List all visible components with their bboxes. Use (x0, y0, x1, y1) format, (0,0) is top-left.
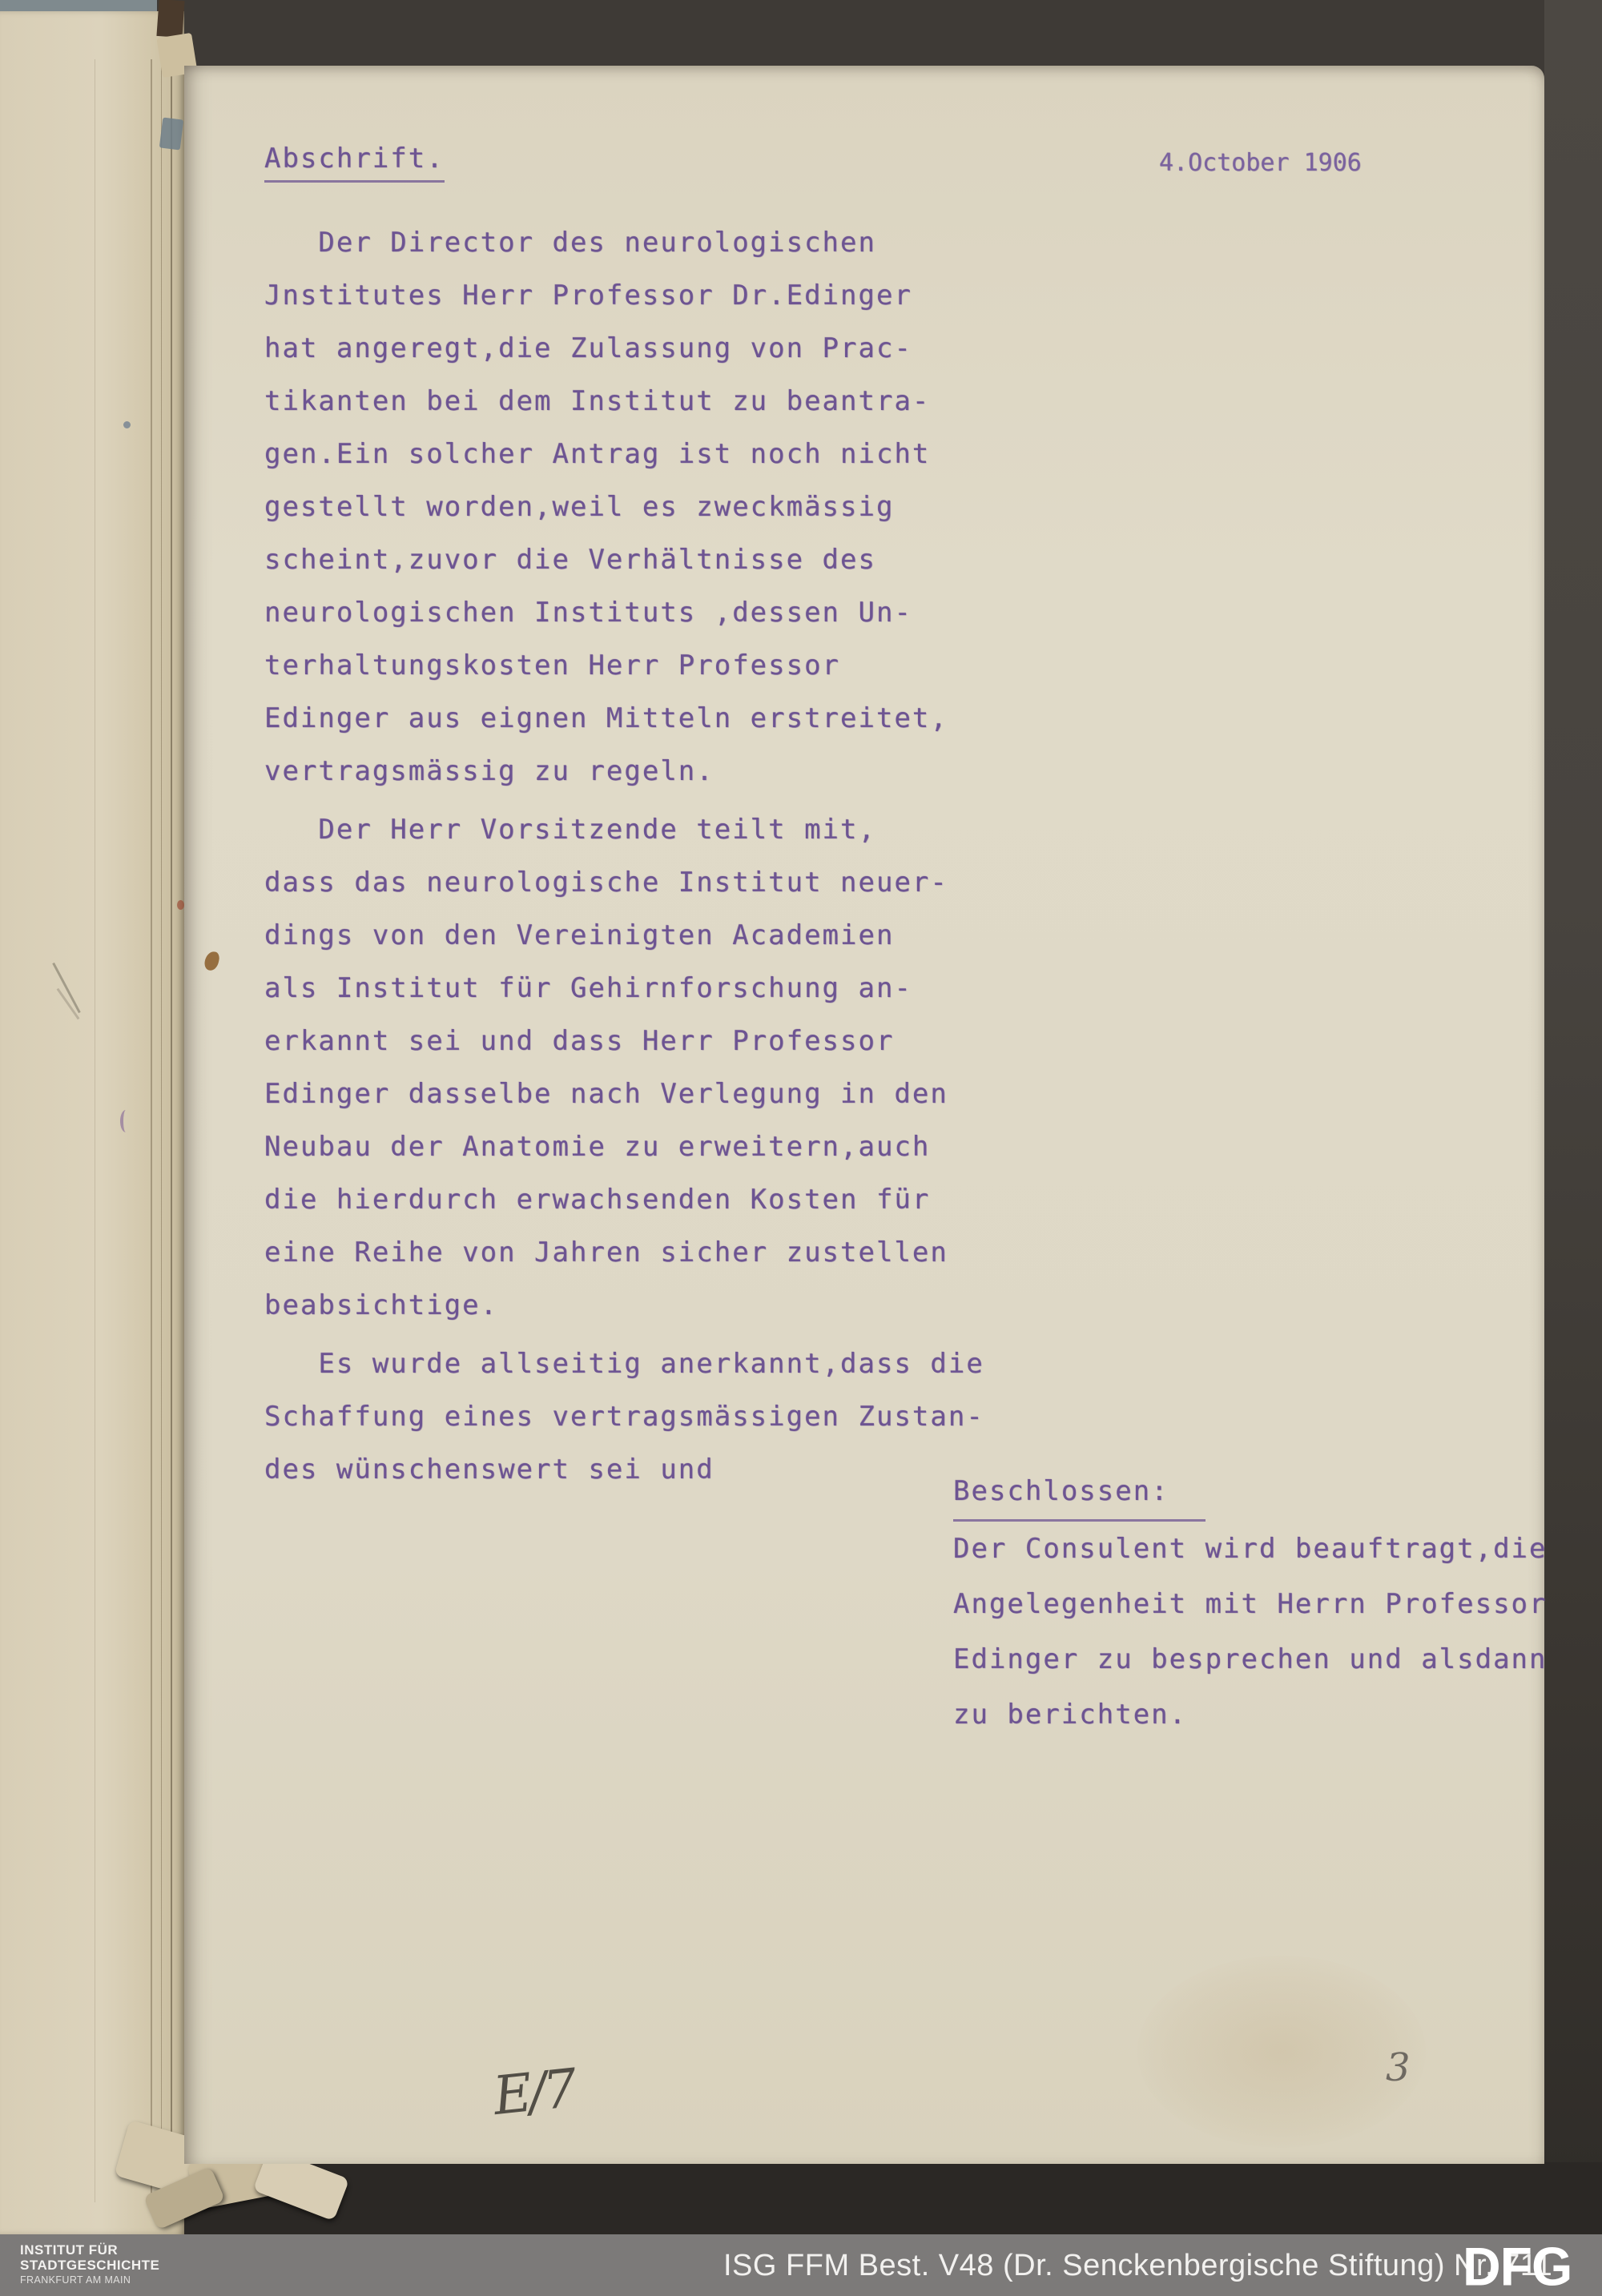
resolution-heading: Beschlossen: (953, 1464, 1206, 1522)
document-heading: Abschrift. (264, 143, 445, 183)
typewritten-line: eine Reihe von Jahren sicher zustellen (264, 1226, 984, 1279)
paper-stain-spot (203, 950, 221, 971)
typewritten-line: Der Director des neurologischen (264, 216, 984, 269)
typewritten-body: Der Director des neurologischenJnstitute… (264, 216, 984, 1496)
typewritten-line: gestellt worden,weil es zweckmässig (264, 481, 984, 533)
typewritten-line: beabsichtige. (264, 1279, 984, 1332)
typewritten-line: dass das neurologische Institut neuer- (264, 856, 984, 909)
typewritten-line: gen.Ein solcher Antrag ist noch nicht (264, 428, 984, 481)
typewritten-line: vertragsmässig zu regeln. (264, 745, 984, 798)
scanner-top-sliver (0, 0, 157, 12)
typewritten-line: erkannt sei und dass Herr Professor (264, 1015, 984, 1068)
institute-line1: INSTITUT FÜR (20, 2242, 159, 2258)
page-crease-line (161, 59, 162, 2202)
typewritten-line: Der Consulent wird beauftragt,die (953, 1522, 1548, 1577)
red-ink-speck (177, 900, 184, 910)
typewritten-line: dings von den Vereinigten Academien (264, 909, 984, 962)
archive-citation: ISG FFM Best. V48 (Dr. Senckenbergische … (723, 2249, 1552, 2283)
typewritten-line: Schaffung eines vertragsmässigen Zustan- (264, 1390, 984, 1443)
scanned-archive-image: Abschrift. 4.October 1906 Der Director d… (0, 0, 1602, 2296)
binding-fragment (159, 118, 183, 151)
typewritten-line: Neubau der Anatomie zu erweitern,auch (264, 1120, 984, 1173)
institute-label: INSTITUT FÜR STADTGESCHICHTE FRANKFURT A… (20, 2242, 159, 2286)
typewritten-line: hat angeregt,die Zulassung von Prac- (264, 322, 984, 375)
typewritten-line: Der Herr Vorsitzende teilt mit, (264, 803, 984, 856)
typewritten-line: als Institut für Gehirnforschung an- (264, 962, 984, 1015)
scanner-background-right (1544, 0, 1602, 2234)
institute-line3: FRANKFURT AM MAIN (20, 2274, 159, 2286)
archive-footer-bar: INSTITUT FÜR STADTGESCHICHTE FRANKFURT A… (0, 2234, 1602, 2296)
page-crease-line (95, 59, 95, 2202)
typewritten-line: Edinger zu besprechen und alsdann (953, 1632, 1548, 1687)
pencil-scribble (52, 963, 81, 1013)
typewritten-line: tikanten bei dem Institut zu beantra- (264, 375, 984, 428)
typewritten-line: zu berichten. (953, 1687, 1548, 1743)
typewritten-line: Edinger aus eignen Mitteln erstreitet, (264, 692, 984, 745)
institute-line2: STADTGESCHICHTE (20, 2258, 159, 2273)
page-crease-line (171, 59, 172, 2202)
document-date: 4.October 1906 (1159, 149, 1362, 177)
blue-ink-dot (123, 421, 131, 428)
typewritten-line: des wünschenswert sei und (264, 1443, 984, 1496)
typewritten-line: scheint,zuvor die Verhältnisse des (264, 533, 984, 586)
document-page: Abschrift. 4.October 1906 Der Director d… (184, 66, 1544, 2164)
page-crease-line (151, 59, 152, 2202)
handwritten-page-number: 3 (1386, 2045, 1411, 2090)
resolution-block: Beschlossen: Der Consulent wird beauftra… (953, 1464, 1548, 1743)
ink-smudge (120, 1110, 131, 1132)
typewritten-line: Es wurde allseitig anerkannt,dass die (264, 1337, 984, 1390)
handwritten-filing-mark: E/7 (490, 2057, 577, 2127)
binding-fragment (156, 0, 184, 38)
underlying-page-stack (0, 11, 184, 2234)
typewritten-line: Jnstitutes Herr Professor Dr.Edinger (264, 269, 984, 322)
typewritten-line: Edinger dasselbe nach Verlegung in den (264, 1068, 984, 1120)
typewritten-line: neurologischen Instituts ,dessen Un- (264, 586, 984, 639)
typewritten-line: Angelegenheit mit Herrn Professor (953, 1577, 1548, 1632)
typewritten-line: die hierdurch erwachsenden Kosten für (264, 1173, 984, 1226)
paper-stain (1137, 1956, 1426, 2148)
dfg-logo-icon: DFG (1463, 2235, 1572, 2296)
typewritten-line: terhaltungskosten Herr Professor (264, 639, 984, 692)
resolution-lines: Der Consulent wird beauftragt,dieAngeleg… (953, 1522, 1548, 1743)
